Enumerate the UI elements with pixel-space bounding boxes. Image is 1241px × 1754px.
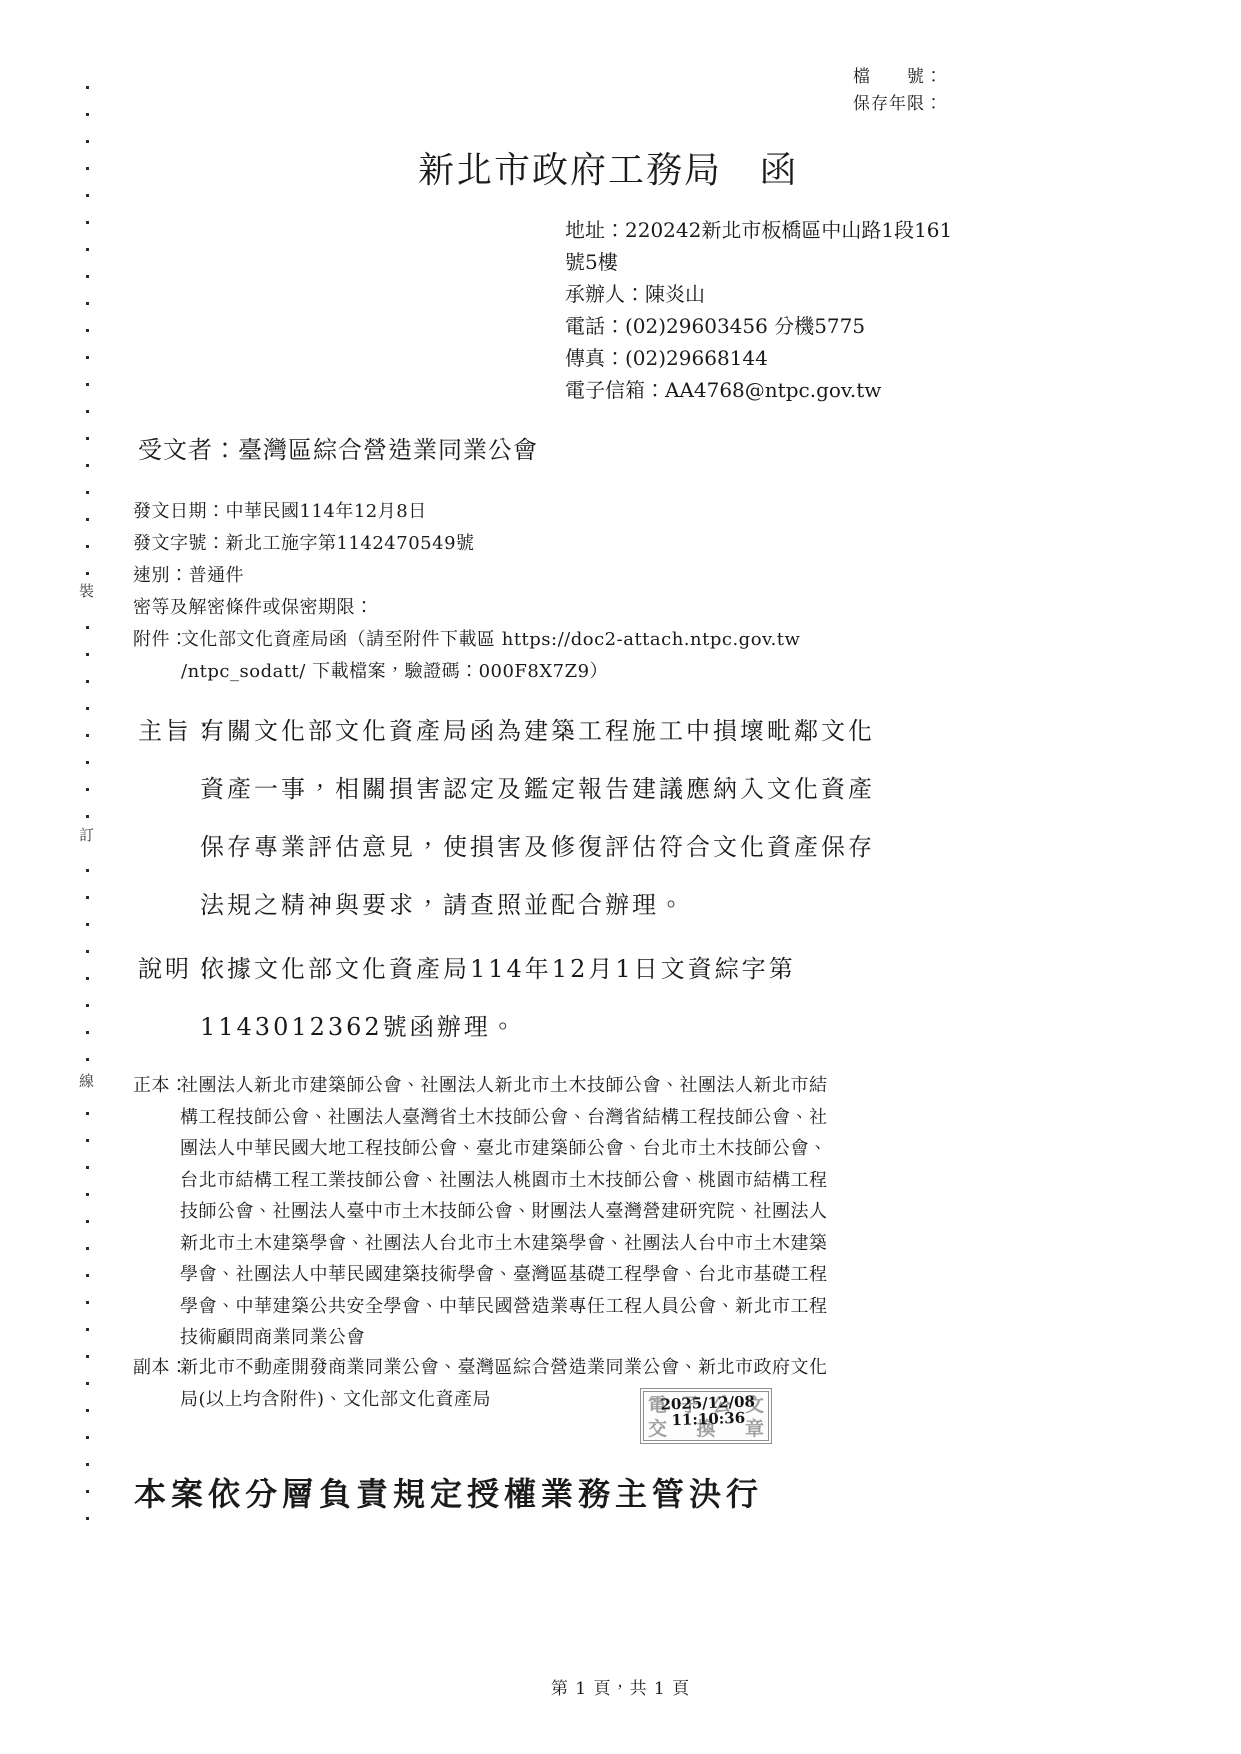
file-number-block: 檔 號： 保存年限： — [853, 64, 943, 118]
subject-block: 主旨： 有關文化部文化資產局函為建築工程施工中損壞毗鄰文化 資產一事，相關損害認… — [138, 702, 875, 934]
document-page: 裝 訂 線 檔 號： 保存年限： 新北市政府工務局 函 地址：220242新北市… — [0, 0, 1241, 1754]
doc-number-line: 發文字號：新北工施字第1142470549號 — [133, 528, 800, 560]
authorization-note: 本案依分層負責規定授權業務主管決行 — [134, 1474, 763, 1514]
priority-line: 速別：普通件 — [133, 560, 800, 592]
description-block: 說明： 依據文化部文化資產局114年12月1日文資綜字第 1143012362號… — [138, 940, 796, 1056]
description-text: 依據文化部文化資產局114年12月1日文資綜字第 1143012362號函辦理。 — [200, 940, 796, 1056]
primary-recipients-label: 正本： — [133, 1070, 189, 1102]
document-title: 新北市政府工務局 函 — [418, 150, 798, 192]
doc-info-block: 發文日期：中華民國114年12月8日 發文字號：新北工施字第1142470549… — [133, 496, 800, 688]
binding-mark-xian: 線 — [77, 1068, 96, 1095]
attachment-label: 附件： — [133, 624, 189, 656]
stamp-datetime: 2025/12/08 11:10:36 — [649, 1393, 766, 1429]
binding-dotted-line — [86, 86, 89, 1532]
file-number-label: 檔 號： — [853, 64, 943, 91]
issue-date-line: 發文日期：中華民國114年12月8日 — [133, 496, 800, 528]
subject-label: 主旨： — [138, 702, 219, 760]
primary-recipients-text: 社團法人新北市建築師公會、社團法人新北市土木技師公會、社團法人新北市結 構工程技… — [180, 1070, 828, 1354]
primary-recipients-block: 正本： 社團法人新北市建築師公會、社團法人新北市土木技師公會、社團法人新北市結 … — [133, 1070, 828, 1354]
binding-mark-ding: 訂 — [77, 822, 96, 849]
attachment-text: 文化部文化資產局函（請至附件下載區 https://doc2-attach.nt… — [181, 624, 800, 688]
binding-mark-zhuang: 裝 — [77, 578, 96, 605]
retention-period-label: 保存年限： — [853, 91, 943, 118]
sender-contact-block: 地址：220242新北市板橋區中山路1段161 號5樓 承辦人：陳炎山 電話：(… — [565, 214, 952, 406]
description-label: 說明： — [138, 940, 219, 998]
electronic-exchange-stamp: 電子公文 交換章 2025/12/08 11:10:36 — [640, 1388, 772, 1444]
security-class-line: 密等及解密條件或保密期限： — [133, 592, 800, 624]
attachment-block: 附件： 文化部文化資產局函（請至附件下載區 https://doc2-attac… — [133, 624, 800, 688]
recipient-line: 受文者：臺灣區綜合營造業同業公會 — [138, 432, 538, 468]
subject-text: 有關文化部文化資產局函為建築工程施工中損壞毗鄰文化 資產一事，相關損害認定及鑑定… — [200, 702, 875, 934]
copy-recipients-label: 副本： — [133, 1352, 189, 1384]
page-footer: 第 1 頁，共 1 頁 — [0, 1674, 1241, 1699]
